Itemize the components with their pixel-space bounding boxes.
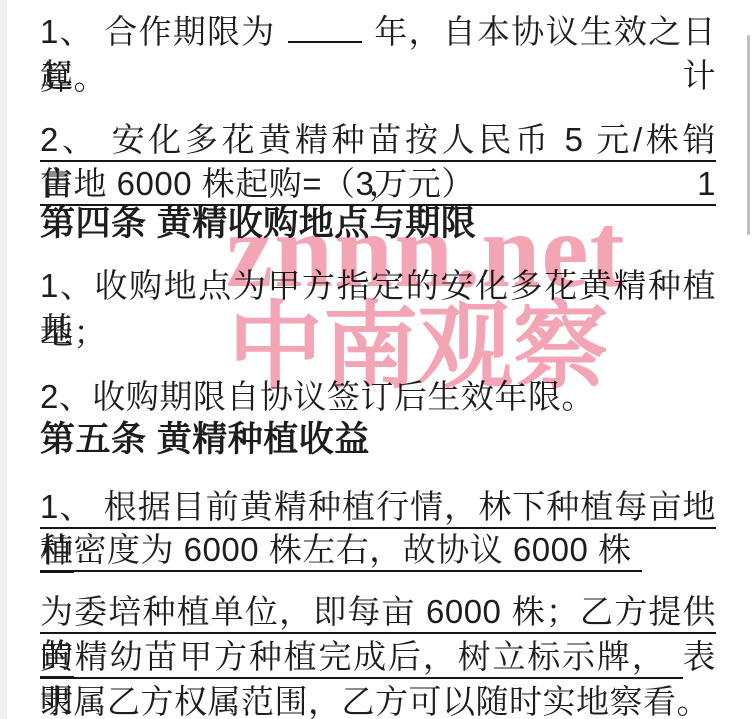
- clause-entrusted-planting-line3: 隶属乙方权属范围，乙方可以随时实地察看。: [40, 680, 716, 719]
- clause-text: 算。: [40, 59, 107, 96]
- page-left-gutter: [0, 0, 7, 719]
- clause-purchase-period: 2、收购期限自协议签订后生效年限。: [40, 375, 716, 421]
- clause-text: 隶属乙方权属范围，乙方可以随时实地察看。: [40, 683, 710, 719]
- clause-text: 1、 合作期限为: [40, 13, 276, 50]
- clause-seedling-price-line1: 2、 安化多花黄精种苗按人民币 5 元/株销售，1: [40, 118, 716, 164]
- article4-heading: 第四条 黄精收购地点与期限: [40, 202, 716, 248]
- underlined-clause-text: 植密度为 6000 株左右，故协议 6000 株: [40, 531, 642, 572]
- heading-text: 第五条 黄精种植收益: [40, 420, 370, 459]
- clause-text: 地；: [40, 314, 107, 351]
- vertical-scrollbar-thumb[interactable]: [747, 35, 750, 235]
- fill-in-blank-underline: [288, 8, 362, 43]
- clause-text: 2、收购期限自协议签订后生效年限。: [40, 378, 595, 415]
- underlined-clause-text: 亩地 6000 株起购=（3万元）: [40, 165, 491, 206]
- clause-purchase-location-line1: 1、收购地点为甲方指定的安化多花黄精种植基: [40, 264, 716, 310]
- clause-purchase-location-line2: 地；: [40, 311, 716, 357]
- clause-cooperation-term-line2: 算。: [40, 56, 716, 102]
- clause-entrusted-planting-line2: 黄精幼苗甲方种植完成后，树立标示牌，表明: [40, 635, 716, 681]
- contract-text-body: 1、 合作期限为年，自本协议生效之日起计 算。 2、 安化多花黄精种苗按人民币 …: [40, 0, 716, 719]
- clause-planting-density-line1: 1、 根据目前黄精种植行情，林下种植每亩地种: [40, 485, 716, 531]
- clause-entrusted-planting-line1: 为委培种植单位，即每亩 6000 株；乙方提供的: [40, 590, 716, 636]
- clause-planting-density-line2: 植密度为 6000 株左右，故协议 6000 株: [40, 528, 716, 574]
- document-page: 1、 合作期限为年，自本协议生效之日起计 算。 2、 安化多花黄精种苗按人民币 …: [0, 0, 752, 719]
- underlined-clause-text: 黄精幼苗甲方种植完成后，树立标示牌，: [40, 638, 683, 679]
- clause-cooperation-term-line1: 1、 合作期限为年，自本协议生效之日起计: [40, 8, 716, 54]
- article5-heading: 第五条 黄精种植收益: [40, 418, 716, 464]
- heading-text: 第四条 黄精收购地点与期限: [40, 204, 476, 243]
